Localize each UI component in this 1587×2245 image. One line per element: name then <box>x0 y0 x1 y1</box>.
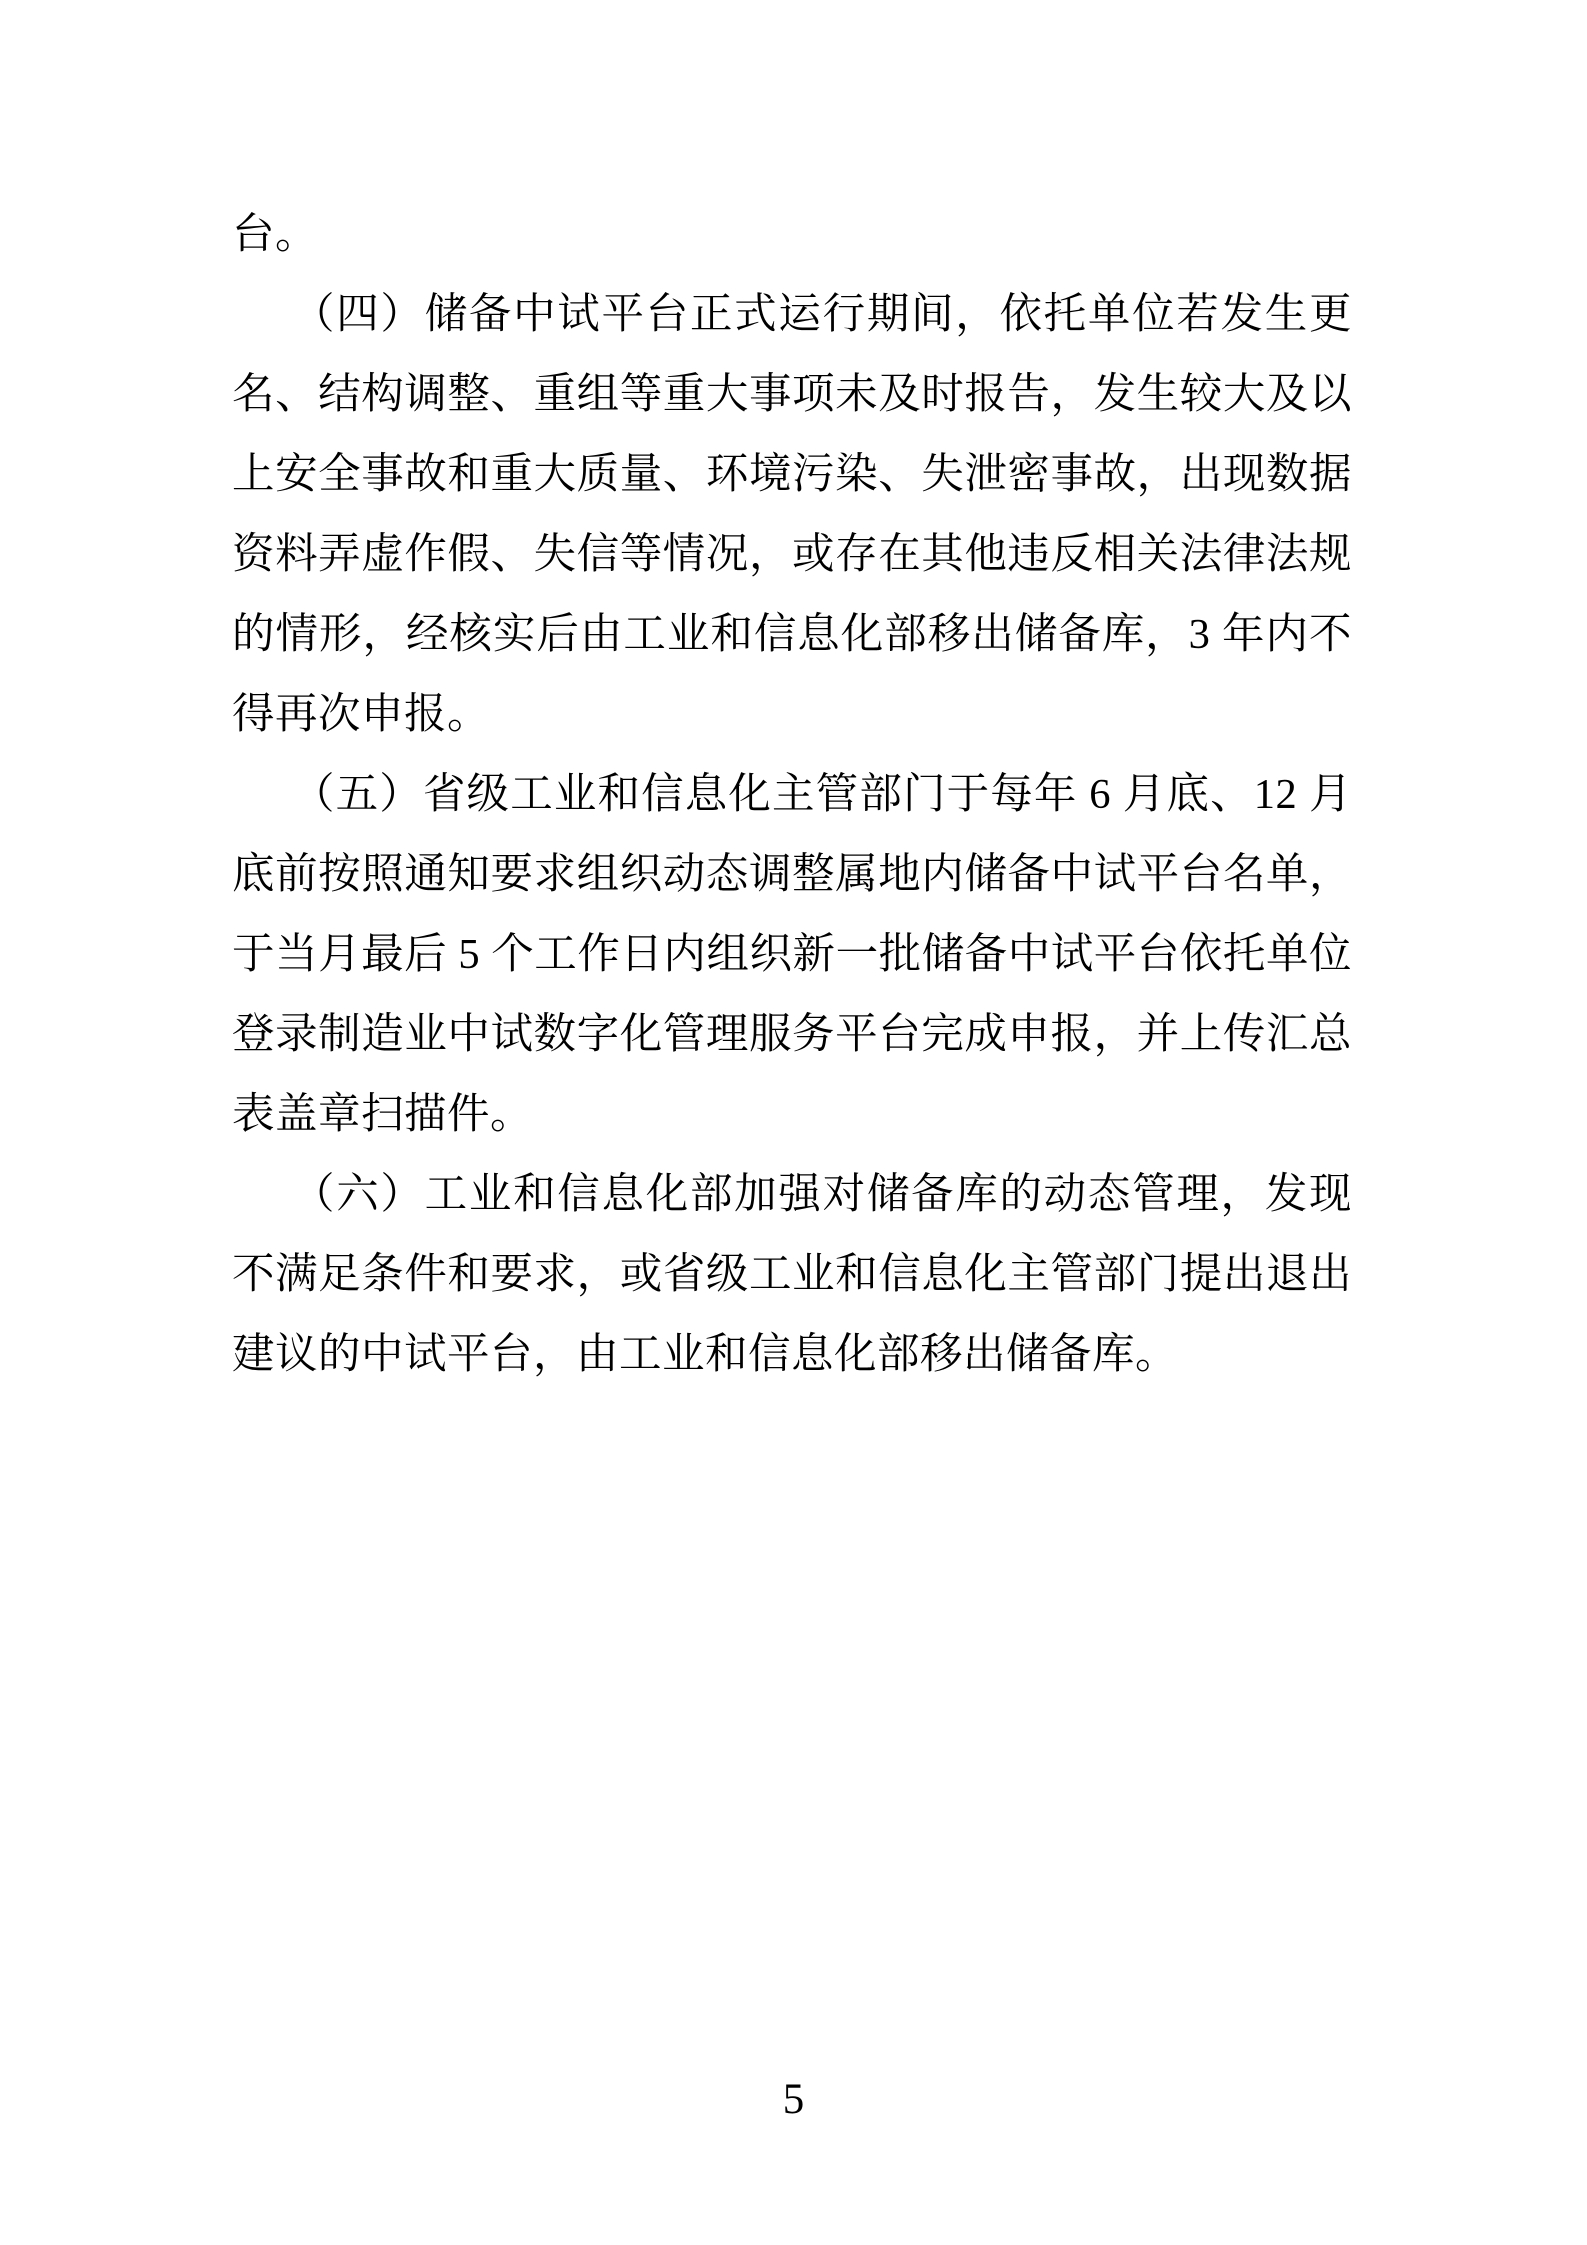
document-line: 台。 <box>232 195 1352 275</box>
document-line: （五）省级工业和信息化主管部门于每年 6 月底、12 月 <box>232 755 1352 835</box>
document-line: （四）储备中试平台正式运行期间，依托单位若发生更 <box>232 275 1352 355</box>
document-line: 建议的中试平台，由工业和信息化部移出储备库。 <box>232 1315 1352 1395</box>
document-line: 资料弄虚作假、失信等情况，或存在其他违反相关法律法规 <box>232 515 1352 595</box>
document-line: 登录制造业中试数字化管理服务平台完成申报，并上传汇总 <box>232 995 1352 1075</box>
document-line: （六）工业和信息化部加强对储备库的动态管理，发现 <box>232 1155 1352 1235</box>
document-line: 底前按照通知要求组织动态调整属地内储备中试平台名单， <box>232 835 1352 915</box>
document-line: 于当月最后 5 个工作日内组织新一批储备中试平台依托单位 <box>232 915 1352 995</box>
document-line: 上安全事故和重大质量、环境污染、失泄密事故，出现数据 <box>232 435 1352 515</box>
document-line: 得再次申报。 <box>232 675 1352 755</box>
paragraph-item-6: （六）工业和信息化部加强对储备库的动态管理，发现 不满足条件和要求，或省级工业和… <box>232 1155 1352 1395</box>
document-line: 的情形，经核实后由工业和信息化部移出储备库，3 年内不 <box>232 595 1352 675</box>
paragraph-item-5: （五）省级工业和信息化主管部门于每年 6 月底、12 月 底前按照通知要求组织动… <box>232 755 1352 1155</box>
document-line: 表盖章扫描件。 <box>232 1075 1352 1155</box>
document-line: 名、结构调整、重组等重大事项未及时报告，发生较大及以 <box>232 355 1352 435</box>
paragraph-item-4: （四）储备中试平台正式运行期间，依托单位若发生更 名、结构调整、重组等重大事项未… <box>232 275 1352 755</box>
page-number: 5 <box>0 2072 1587 2128</box>
document-line: 不满足条件和要求，或省级工业和信息化主管部门提出退出 <box>232 1235 1352 1315</box>
paragraph-continuation: 台。 <box>232 195 1352 275</box>
document-page: 台。 （四）储备中试平台正式运行期间，依托单位若发生更 名、结构调整、重组等重大… <box>0 0 1587 2245</box>
document-body: 台。 （四）储备中试平台正式运行期间，依托单位若发生更 名、结构调整、重组等重大… <box>232 195 1352 1395</box>
